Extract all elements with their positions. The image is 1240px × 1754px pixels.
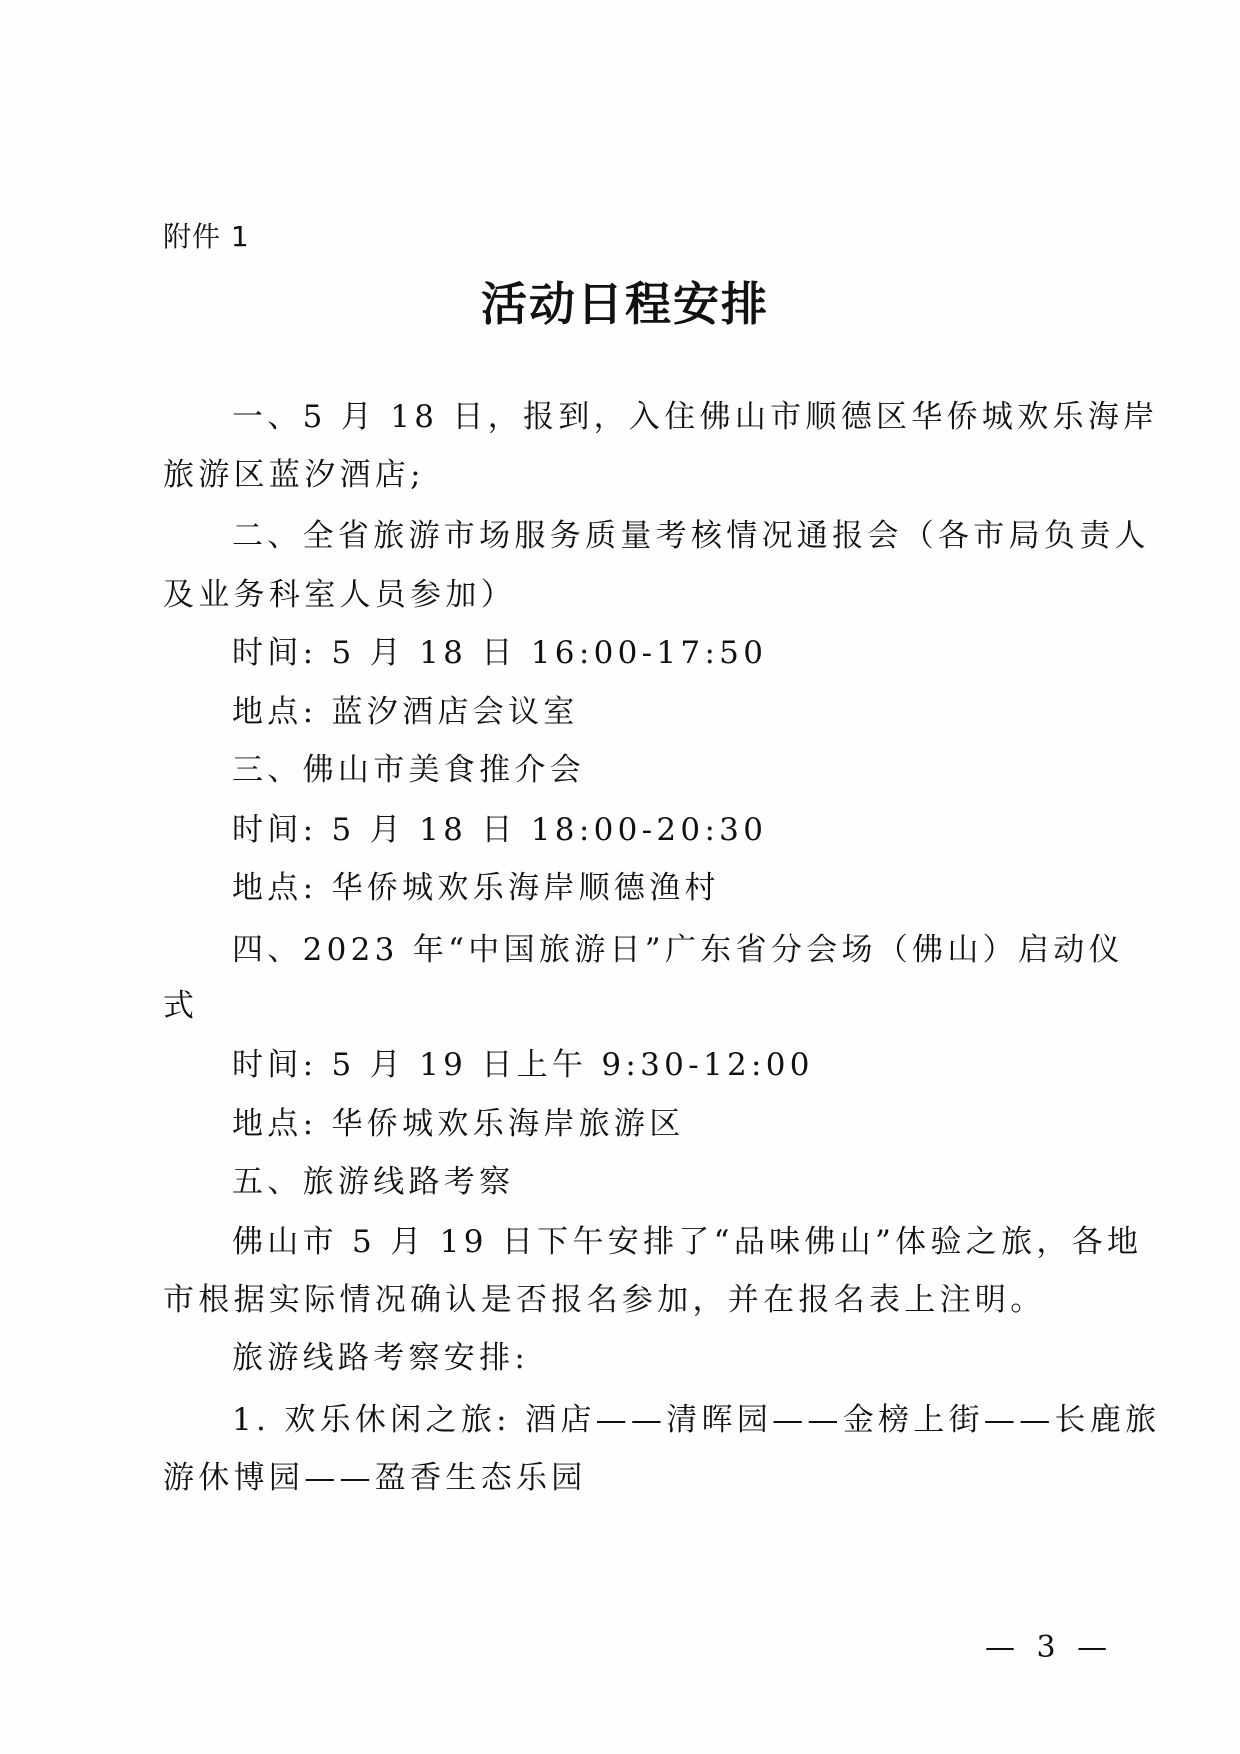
item-3-time: 时间: 5 月 18 日 18:00-20:30 [232,810,767,850]
item-4-line-1: 四、2023 年“中国旅游日”广东省分会场（佛山）启动仪 [232,930,1124,970]
item-1-line-1: 一、5 月 18 日，报到，入住佛山市顺德区华侨城欢乐海岸 [232,397,1158,437]
item-2-location: 地点: 蓝汐酒店会议室 [232,692,579,732]
attachment-label: 附件 1 [163,215,250,255]
item-2-line-1: 二、全省旅游市场服务质量考核情况通报会（各市局负责人 [232,516,1150,556]
item-4-location: 地点: 华侨城欢乐海岸旅游区 [232,1104,685,1144]
route-1-line-2: 游休博园——盈香生态乐园 [163,1458,587,1498]
page-number: — 3 — [985,1630,1113,1665]
route-1-line-1: 1. 欢乐休闲之旅: 酒店——清晖园——金榜上街——长鹿旅 [232,1400,1160,1440]
item-4-time: 时间: 5 月 19 日上午 9:30-12:00 [232,1045,814,1085]
item-2-line-2: 及业务科室人员参加） [163,575,516,615]
item-3-location: 地点: 华侨城欢乐海岸顺德渔村 [232,868,720,908]
item-5-para-line-1: 佛山市 5 月 19 日下午安排了“品味佛山”体验之旅，各地 [232,1222,1142,1262]
item-5-heading: 五、旅游线路考察 [232,1162,514,1202]
document-title: 活动日程安排 [0,268,1240,334]
document-page: 附件 1 活动日程安排 一、5 月 18 日，报到，入住佛山市顺德区华侨城欢乐海… [0,0,1240,1754]
route-arrangement-label: 旅游线路考察安排: [232,1338,529,1378]
item-2-time: 时间: 5 月 18 日 16:00-17:50 [232,633,767,673]
item-4-line-2: 式 [163,986,198,1026]
item-3-heading: 三、佛山市美食推介会 [232,750,585,790]
item-1-line-2: 旅游区蓝汐酒店; [163,455,425,495]
item-5-para-line-2: 市根据实际情况确认是否报名参加，并在报名表上注明。 [163,1280,1046,1320]
